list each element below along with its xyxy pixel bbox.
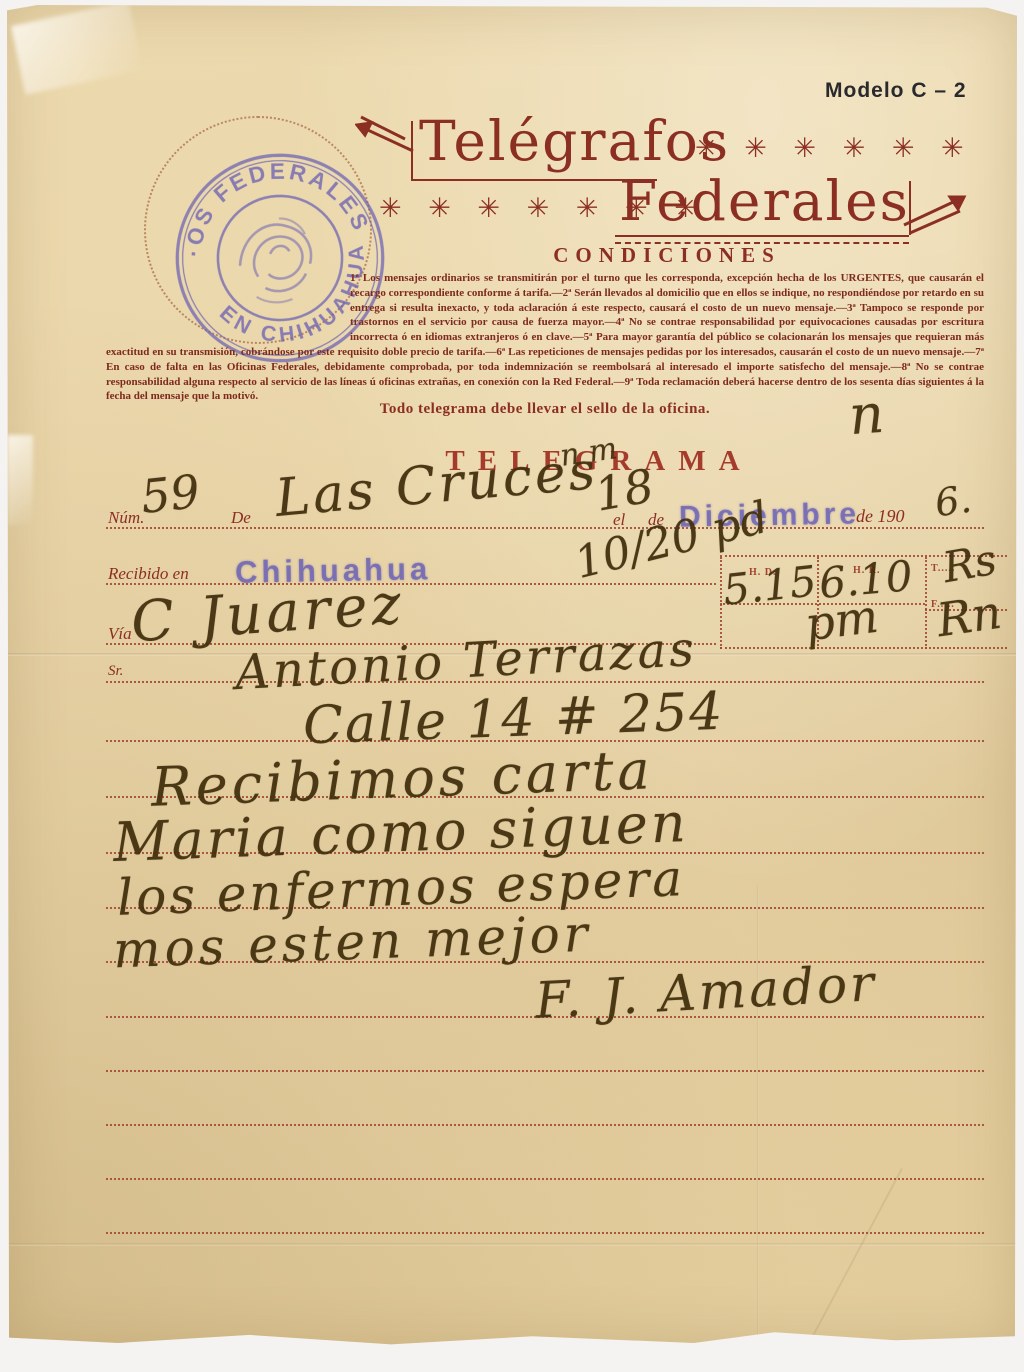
field-de-label: De — [231, 508, 251, 528]
ornament-row-top: ✳ ✳ ✳ ✳ ✳ ✳ — [695, 133, 973, 164]
signature-handwriting: F. J. Amador — [534, 954, 879, 1030]
telegram-number-handwriting: 59 — [138, 464, 202, 524]
date-day-handwriting: 18 — [591, 458, 658, 521]
masthead-title-line2: Federales — [619, 169, 910, 233]
field-num-label: Núm. — [108, 508, 144, 528]
fold-crease — [7, 1243, 1017, 1246]
ruled-line — [106, 1232, 984, 1234]
fold-crease — [757, 885, 759, 1345]
margin-mark-handwriting: n — [847, 382, 886, 447]
ruled-line — [106, 1124, 984, 1126]
model-number: Modelo C – 2 — [825, 79, 967, 103]
conditions-heading: CONDICIONES — [367, 243, 967, 268]
masthead-rule — [411, 121, 413, 179]
ruled-line — [106, 1178, 984, 1180]
time-box — [720, 647, 1007, 649]
telegram-paper: Modelo C – 2 Telégrafos ✳ ✳ ✳ ✳ ✳ ✳ ✳ ✳ … — [7, 5, 1017, 1347]
stamp-wrap-spacer — [106, 271, 350, 331]
masthead-title-line1: Telégrafos — [419, 109, 730, 173]
masthead-rule — [909, 181, 911, 235]
torn-corner — [11, 1, 143, 94]
field-year-label: de 190 — [856, 506, 905, 527]
year-digit-handwriting: 6. — [932, 477, 974, 526]
field-recibido-label: Recibido en — [108, 564, 189, 584]
field-sr-label: Sr. — [108, 663, 123, 680]
side-initial-handwriting: Rs — [939, 535, 1000, 592]
side-initial-handwriting: Rn — [934, 585, 1005, 647]
time-box — [925, 557, 927, 649]
ruled-line — [106, 1070, 984, 1072]
masthead-rule — [615, 235, 909, 237]
fold-crease — [793, 1168, 903, 1372]
meridiem-handwriting: pm — [802, 589, 881, 652]
edge-tear — [7, 435, 33, 525]
field-via-label: Vía — [108, 624, 132, 644]
